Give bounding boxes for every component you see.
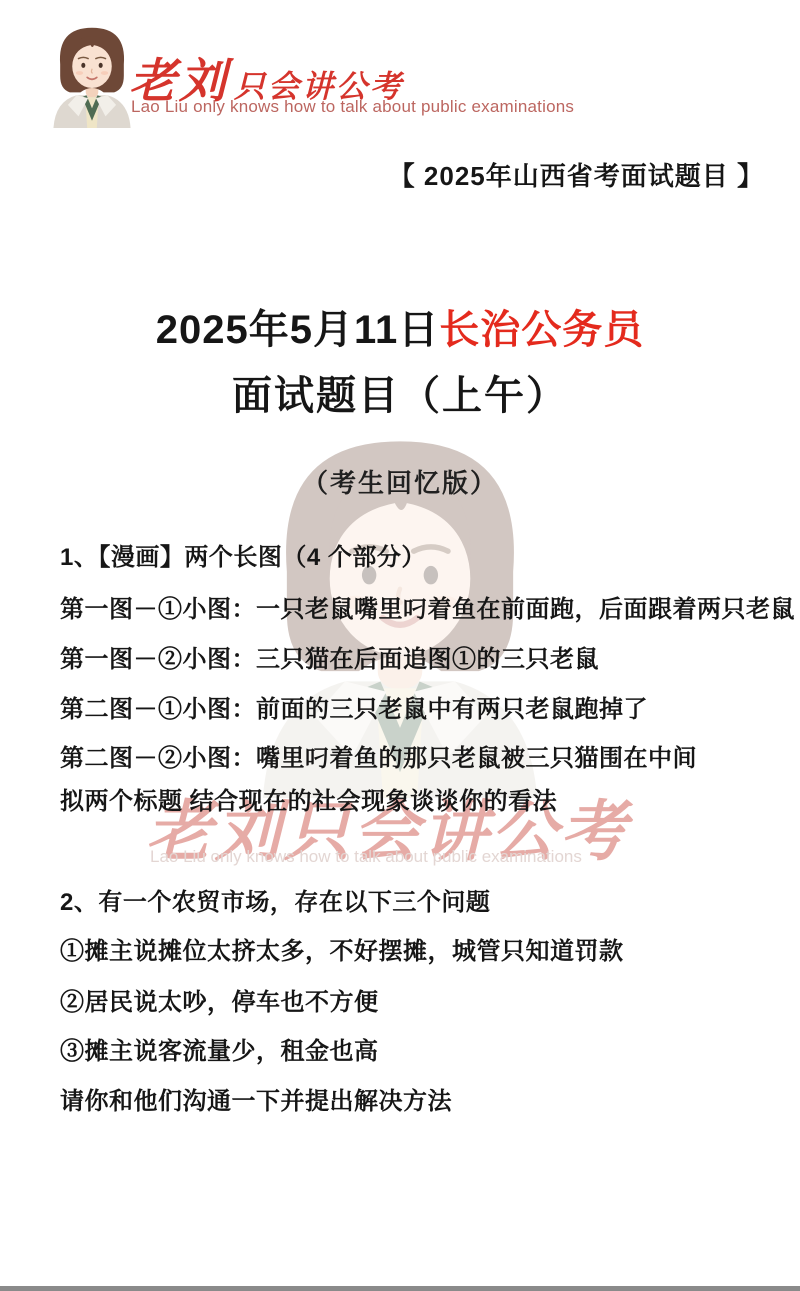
q1-item-2: 第一图－②小图：三只猫在后面追图①的三只老鼠 [60,645,599,675]
q1-heading: 1、【漫画】两个长图（4 个部分） [60,543,426,573]
q1-task: 拟两个标题 结合现在的社会现象谈谈你的看法 [60,787,557,817]
recall-version-subtitle: （考生回忆版） [0,463,800,500]
page: 老刘只会讲公考 Lao Liu only knows how to talk a… [0,0,800,1291]
q1-item-4: 第二图－②小图：嘴里叼着鱼的那只老鼠被三只猫围在中间 [60,744,697,774]
q1-item-1: 第一图－①小图：一只老鼠嘴里叼着鱼在前面跑，后面跟着两只老鼠 [60,595,795,625]
q2-heading: 2、有一个农贸市场，存在以下三个问题 [60,888,490,918]
bottom-edge-bar [0,1286,800,1291]
q2-item-2: ②居民说太吵，停车也不方便 [60,988,379,1018]
q2-item-3: ③摊主说客流量少，租金也高 [60,1037,379,1067]
title-date: 2025年5月11日 [156,308,440,352]
q1-item-3: 第二图－①小图：前面的三只老鼠中有两只老鼠跑掉了 [60,695,648,725]
main-title-line2: 面试题目（上午） [0,364,800,421]
title-highlight: 长治公务员 [439,308,644,352]
page-title: 【 2025年山西省考面试题目 】 [389,156,764,193]
watermark-en: Lao Liu only knows how to talk about pub… [150,847,582,867]
brand-tagline: Lao Liu only knows how to talk about pub… [131,97,574,117]
q2-item-1: ①摊主说摊位太挤太多，不好摆摊，城管只知道罚款 [60,937,624,967]
q2-task: 请你和他们沟通一下并提出解决方法 [60,1087,452,1117]
main-title-line1: 2025年5月11日长治公务员 [0,298,800,355]
